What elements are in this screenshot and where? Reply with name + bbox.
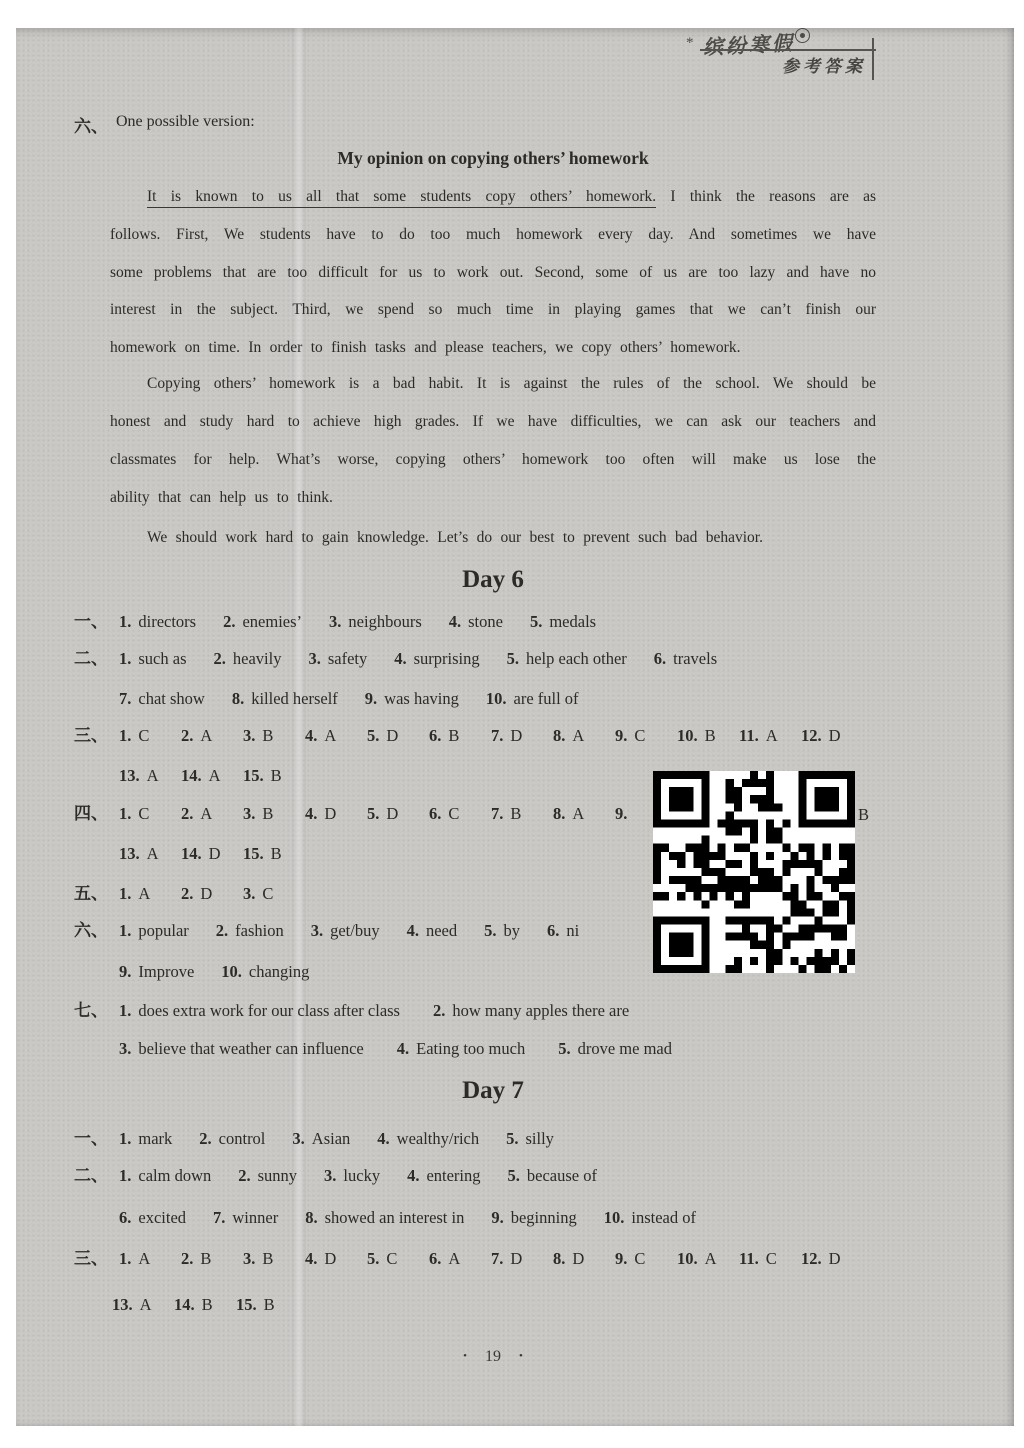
essay-line: ability that can help us to think. — [110, 487, 876, 509]
item-value: D — [829, 726, 841, 745]
item-value: showed an interest in — [325, 1208, 465, 1227]
answer-item: 15.B — [243, 765, 305, 787]
item-value: neighbours — [348, 612, 421, 631]
item-value: does extra work for our class after clas… — [138, 1001, 400, 1020]
essay-line: follows. First, We students have to do t… — [110, 224, 876, 246]
item-number: 9. — [615, 1249, 627, 1268]
answer-item: 1.calm down — [119, 1166, 211, 1185]
answer-item: 10.A — [677, 1248, 739, 1270]
answer-item: 10.changing — [221, 962, 309, 981]
answer-row: 六、1.popular2.fashion3.get/buy4.need5.by6… — [74, 920, 606, 942]
answer-item: 14.A — [181, 765, 243, 787]
essay-line-rest: I think the reasons are as — [656, 188, 876, 205]
answer-item: 3.get/buy — [311, 921, 380, 940]
item-number: 6. — [654, 649, 666, 668]
item-number: 4. — [407, 921, 419, 940]
answer-row: 四、1.C2.A3.B4.D5.D6.C7.B8.A9. — [74, 803, 677, 825]
answer-item: 2.sunny — [238, 1166, 297, 1185]
item-value: Improve — [138, 962, 194, 981]
item-number: 1. — [119, 1249, 131, 1268]
item-number: 3. — [243, 884, 255, 903]
answer-item: 2.B — [181, 1248, 243, 1270]
item-value: how many apples there are — [452, 1001, 629, 1020]
answer-item: 10.instead of — [604, 1208, 696, 1227]
item-value: C — [138, 804, 149, 823]
answer-item: 1.C — [119, 803, 181, 825]
item-value: killed herself — [251, 689, 338, 708]
answer-item: 1.C — [119, 725, 181, 747]
answer-item: 8.killed herself — [232, 689, 338, 708]
item-number: 14. — [174, 1295, 195, 1314]
item-value: A — [200, 726, 212, 745]
answer-item: 3.B — [243, 1248, 305, 1270]
essay-line: We should work hard to gain knowledge. L… — [110, 527, 876, 549]
answer-item: 3.Asian — [292, 1129, 350, 1148]
item-value: A — [766, 726, 778, 745]
essay-line: classmates for help. What’s worse, copyi… — [110, 449, 876, 471]
item-number: 15. — [243, 766, 264, 785]
answer-item: 6.A — [429, 1248, 491, 1270]
item-number: 10. — [486, 689, 507, 708]
item-number: 2. — [223, 612, 235, 631]
answer-item: 3.lucky — [324, 1166, 380, 1185]
answer-item: 6.excited — [119, 1208, 186, 1227]
item-value: beginning — [511, 1208, 577, 1227]
item-number: 6. — [429, 726, 441, 745]
answer-item: 2.how many apples there are — [433, 1001, 629, 1020]
item-number: 4. — [305, 804, 317, 823]
answer-item: 7.chat show — [119, 689, 205, 708]
item-value: medals — [549, 612, 596, 631]
answer-item: 5.drove me mad — [558, 1039, 672, 1058]
answer-item: 6.ni — [547, 921, 579, 940]
answer-row-continued: 7.chat show8.killed herself9.was having1… — [119, 688, 606, 710]
item-value: A — [572, 804, 584, 823]
item-value: sunny — [258, 1166, 297, 1185]
item-number: 10. — [677, 1249, 698, 1268]
row-label: 六、 — [74, 920, 119, 942]
item-number: 5. — [367, 804, 379, 823]
answer-item: 2.fashion — [216, 921, 284, 940]
item-number: 9. — [615, 804, 627, 823]
item-number: 3. — [119, 1039, 131, 1058]
answer-row-continued: 13.A14.D15.B — [119, 843, 305, 865]
answer-item: 10.B — [677, 725, 739, 747]
item-value: D — [510, 726, 522, 745]
day6-heading: Day 6 — [110, 566, 876, 594]
item-value: entering — [426, 1166, 480, 1185]
item-number: 10. — [221, 962, 242, 981]
answer-row: 二、1.calm down2.sunny3.lucky4.entering5.b… — [74, 1165, 624, 1187]
item-number: 3. — [243, 804, 255, 823]
item-value: because of — [527, 1166, 597, 1185]
item-number: 5. — [507, 649, 519, 668]
answer-item: 9.C — [615, 725, 677, 747]
answer-row: 三、1.C2.A3.B4.A5.D6.B7.D8.A9.C10.B11.A12.… — [74, 725, 863, 747]
answer-item: 4.Eating too much — [397, 1039, 525, 1058]
item-value: C — [138, 726, 149, 745]
answer-item: 1.such as — [119, 649, 187, 668]
answer-item: 8.D — [553, 1248, 615, 1270]
item-value: B — [264, 1295, 275, 1314]
item-number: 5. — [530, 612, 542, 631]
item-number: 10. — [677, 726, 698, 745]
answer-item: 2.A — [181, 803, 243, 825]
answer-item: 8.showed an interest in — [305, 1208, 464, 1227]
answer-item: 1.mark — [119, 1129, 172, 1148]
row-label: 五、 — [74, 883, 119, 905]
qr-code — [653, 771, 855, 973]
row-label: 三、 — [74, 1248, 119, 1270]
item-number: 3. — [329, 612, 341, 631]
item-number: 4. — [449, 612, 461, 631]
item-number: 7. — [491, 804, 503, 823]
answer-item: 9.beginning — [491, 1208, 576, 1227]
item-value: A — [324, 726, 336, 745]
item-value: A — [138, 884, 150, 903]
item-value: mark — [138, 1129, 172, 1148]
answer-item: 4.A — [305, 725, 367, 747]
item-value: D — [324, 804, 336, 823]
answer-item: 15.B — [243, 843, 305, 865]
item-number: 1. — [119, 804, 131, 823]
item-value: directors — [138, 612, 196, 631]
answer-item: 5.C — [367, 1248, 429, 1270]
item-value: silly — [526, 1129, 554, 1148]
answer-item: 7.D — [491, 725, 553, 747]
answer-item: 3.safety — [308, 649, 367, 668]
answer-row-continued: 9.Improve10.changing — [119, 961, 336, 983]
item-number: 8. — [553, 726, 565, 745]
answer-item: 4.surprising — [394, 649, 479, 668]
item-value: A — [147, 766, 159, 785]
item-value: control — [219, 1129, 266, 1148]
answer-item: 7.winner — [213, 1208, 278, 1227]
essay-line: some problems that are too difficult for… — [110, 262, 876, 284]
item-number: 6. — [429, 804, 441, 823]
answer-item: 5.silly — [506, 1129, 554, 1148]
item-value: heavily — [233, 649, 282, 668]
answer-item: 5.help each other — [507, 649, 627, 668]
answer-item: 12.D — [801, 725, 863, 747]
item-number: 4. — [394, 649, 406, 668]
item-value: safety — [328, 649, 367, 668]
answer-item: 2.D — [181, 883, 243, 905]
answer-row-continued: 6.excited7.winner8.showed an interest in… — [119, 1207, 723, 1229]
item-number: 4. — [305, 1249, 317, 1268]
row-label: 二、 — [74, 1165, 119, 1187]
stamp-vertical-line — [872, 38, 874, 80]
answer-item: 14.D — [181, 843, 243, 865]
item-number: 1. — [119, 612, 131, 631]
answer-item: 2.enemies’ — [223, 612, 302, 631]
answer-item: 15.B — [236, 1294, 298, 1316]
row-label: 四、 — [74, 803, 119, 825]
item-value: by — [504, 921, 521, 940]
item-value: ni — [566, 921, 579, 940]
answer-item: 1.A — [119, 1248, 181, 1270]
answer-item: 7.D — [491, 1248, 553, 1270]
item-value: help each other — [526, 649, 627, 668]
answer-item: 3.B — [243, 725, 305, 747]
item-value: fashion — [235, 921, 284, 940]
answer-item: 2.A — [181, 725, 243, 747]
page-number-dot: • — [519, 1350, 523, 1362]
answer-item: 7.B — [491, 803, 553, 825]
essay-line: Copying others’ homework is a bad habit.… — [110, 373, 876, 395]
item-value: surprising — [414, 649, 480, 668]
item-number: 1. — [119, 649, 131, 668]
item-value: drove me mad — [578, 1039, 672, 1058]
item-number: 14. — [181, 766, 202, 785]
item-number: 2. — [181, 804, 193, 823]
item-number: 8. — [232, 689, 244, 708]
answer-item: 3.C — [243, 883, 305, 905]
item-value: B — [271, 766, 282, 785]
item-number: 1. — [119, 1001, 131, 1020]
item-number: 8. — [553, 1249, 565, 1268]
item-number: 13. — [112, 1295, 133, 1314]
item-value: winner — [232, 1208, 278, 1227]
item-value: travels — [673, 649, 717, 668]
item-value: are full of — [514, 689, 579, 708]
item-number: 2. — [216, 921, 228, 940]
answer-item: 4.D — [305, 1248, 367, 1270]
page-number-dot: • — [463, 1350, 467, 1362]
item-value: D — [386, 726, 398, 745]
answer-item: 2.heavily — [214, 649, 282, 668]
answer-row: 二、1.such as2.heavily3.safety4.surprising… — [74, 648, 744, 670]
item-value: D — [510, 1249, 522, 1268]
item-value: D — [209, 844, 221, 863]
answer-row: 一、1.directors2.enemies’3.neighbours4.sto… — [74, 611, 623, 633]
item-value: C — [634, 1249, 645, 1268]
essay-title: My opinion on copying others’ homework — [110, 148, 876, 169]
item-value: B — [262, 804, 273, 823]
answer-item: 11.C — [739, 1248, 801, 1270]
essay-section-label: 六、 — [74, 112, 108, 137]
item-number: 3. — [243, 726, 255, 745]
item-value: Eating too much — [416, 1039, 525, 1058]
answer-item: 6.B — [429, 725, 491, 747]
item-number: 5. — [508, 1166, 520, 1185]
item-number: 1. — [119, 884, 131, 903]
item-number: 4. — [397, 1039, 409, 1058]
answer-item: 13.A — [119, 843, 181, 865]
row-label: 一、 — [74, 1128, 119, 1150]
item-number: 10. — [604, 1208, 625, 1227]
item-number: 15. — [243, 844, 264, 863]
item-value: B — [271, 844, 282, 863]
answer-row-continued: 3.believe that weather can influence4.Ea… — [119, 1038, 705, 1060]
page-number-value: 19 — [485, 1348, 501, 1365]
item-value: wealthy/rich — [397, 1129, 479, 1148]
item-value: D — [324, 1249, 336, 1268]
answer-row-continued: 13.A14.B15.B — [112, 1294, 298, 1316]
item-value: A — [147, 844, 159, 863]
answer-item: 11.A — [739, 725, 801, 747]
answer-item: 12.D — [801, 1248, 863, 1270]
item-value: calm down — [138, 1166, 211, 1185]
item-value: C — [448, 804, 459, 823]
item-number: 11. — [739, 726, 759, 745]
item-value: A — [209, 766, 221, 785]
item-value: D — [572, 1249, 584, 1268]
item-value: B — [202, 1295, 213, 1314]
answer-item: 9.was having — [365, 689, 459, 708]
scanned-answer-page: * 缤纷寒假 参考答案 六、 One possible version: My … — [16, 28, 1014, 1426]
answer-item: 4.stone — [449, 612, 503, 631]
item-number: 2. — [181, 1249, 193, 1268]
answer-item: 4.wealthy/rich — [377, 1129, 479, 1148]
answer-item: 1.directors — [119, 612, 196, 631]
row-label: 三、 — [74, 725, 119, 747]
row-label: 二、 — [74, 648, 119, 670]
item-value: C — [766, 1249, 777, 1268]
essay-line: interest in the subject. Third, we spend… — [110, 299, 876, 321]
day7-heading: Day 7 — [110, 1077, 876, 1105]
answer-item: 8.A — [553, 725, 615, 747]
item-value: instead of — [631, 1208, 696, 1227]
item-number: 2. — [181, 726, 193, 745]
answer-item: 3.B — [243, 803, 305, 825]
item-number: 5. — [367, 1249, 379, 1268]
item-value: A — [448, 1249, 460, 1268]
answer-item: 4.need — [407, 921, 458, 940]
answer-item: 4.entering — [407, 1166, 480, 1185]
row-label: 一、 — [74, 611, 119, 633]
item-number: 8. — [305, 1208, 317, 1227]
item-number: 3. — [243, 1249, 255, 1268]
item-value: stone — [468, 612, 503, 631]
answer-item: 10.are full of — [486, 689, 579, 708]
item-number: 11. — [739, 1249, 759, 1268]
answer-item: 9.C — [615, 1248, 677, 1270]
stamp-circle-icon — [795, 28, 811, 44]
item-value: popular — [138, 921, 188, 940]
stamp-underline — [700, 49, 876, 51]
answer-fragment: B — [858, 805, 869, 825]
answer-item: 3.believe that weather can influence — [119, 1039, 364, 1058]
answer-item: 1.does extra work for our class after cl… — [119, 1001, 400, 1020]
item-value: C — [262, 884, 273, 903]
item-number: 2. — [238, 1166, 250, 1185]
answer-item: 1.A — [119, 883, 181, 905]
answer-key-title: 参考答案 — [782, 52, 866, 77]
item-number: 5. — [484, 921, 496, 940]
item-number: 12. — [801, 726, 822, 745]
answer-row: 五、1.A2.D3.C — [74, 883, 305, 905]
item-value: B — [200, 1249, 211, 1268]
item-value: such as — [138, 649, 186, 668]
item-number: 2. — [181, 884, 193, 903]
answer-item: 8.A — [553, 803, 615, 825]
item-value: D — [200, 884, 212, 903]
item-value: D — [386, 804, 398, 823]
item-value: B — [510, 804, 521, 823]
answer-row: 七、1.does extra work for our class after … — [74, 1000, 662, 1022]
answer-item: 5.D — [367, 803, 429, 825]
item-value: C — [386, 1249, 397, 1268]
answer-item: 3.neighbours — [329, 612, 422, 631]
essay-intro: One possible version: — [116, 113, 255, 131]
item-value: lucky — [343, 1166, 380, 1185]
item-number: 4. — [407, 1166, 419, 1185]
item-number: 6. — [547, 921, 559, 940]
item-number: 13. — [119, 844, 140, 863]
item-value: changing — [249, 962, 309, 981]
answer-item: 6.C — [429, 803, 491, 825]
item-value: was having — [384, 689, 459, 708]
item-value: C — [634, 726, 645, 745]
stamp-dot-icon: * — [686, 35, 694, 52]
item-value: B — [262, 726, 273, 745]
item-number: 14. — [181, 844, 202, 863]
item-number: 2. — [199, 1129, 211, 1148]
item-number: 1. — [119, 921, 131, 940]
item-number: 1. — [119, 1129, 131, 1148]
item-value: need — [426, 921, 457, 940]
item-value: get/buy — [330, 921, 380, 940]
answer-item: 5.because of — [508, 1166, 597, 1185]
item-number: 5. — [558, 1039, 570, 1058]
answer-item: 5.D — [367, 725, 429, 747]
item-number: 1. — [119, 726, 131, 745]
item-number: 4. — [377, 1129, 389, 1148]
item-value: believe that weather can influence — [138, 1039, 363, 1058]
item-number: 7. — [491, 726, 503, 745]
item-value: excited — [138, 1208, 186, 1227]
item-number: 9. — [365, 689, 377, 708]
item-number: 3. — [311, 921, 323, 940]
item-value: chat show — [138, 689, 204, 708]
item-number: 9. — [119, 962, 131, 981]
essay-line: It is known to us all that some students… — [110, 186, 876, 208]
item-number: 2. — [214, 649, 226, 668]
item-number: 7. — [119, 689, 131, 708]
item-number: 13. — [119, 766, 140, 785]
page-number: •19• — [110, 1348, 876, 1366]
item-value: A — [138, 1249, 150, 1268]
item-number: 6. — [119, 1208, 131, 1227]
answer-row: 一、1.mark2.control3.Asian4.wealthy/rich5.… — [74, 1128, 581, 1150]
item-value: Asian — [312, 1129, 351, 1148]
answer-item: 6.travels — [654, 649, 717, 668]
item-number: 1. — [119, 1166, 131, 1185]
item-number: 2. — [433, 1001, 445, 1020]
answer-item: 14.B — [174, 1294, 236, 1316]
item-number: 8. — [553, 804, 565, 823]
item-number: 4. — [305, 726, 317, 745]
row-label: 七、 — [74, 1000, 119, 1022]
answer-row: 三、1.A2.B3.B4.D5.C6.A7.D8.D9.C10.A11.C12.… — [74, 1248, 863, 1270]
underlined-sentence: It is known to us all that some students… — [147, 188, 656, 208]
item-value: A — [140, 1295, 152, 1314]
answer-item: 2.control — [199, 1129, 265, 1148]
item-number: 15. — [236, 1295, 257, 1314]
item-value: A — [200, 804, 212, 823]
item-number: 12. — [801, 1249, 822, 1268]
item-number: 5. — [506, 1129, 518, 1148]
item-value: D — [829, 1249, 841, 1268]
essay-line: honest and study hard to achieve high gr… — [110, 411, 876, 433]
answer-row-continued: 13.A14.A15.B — [119, 765, 305, 787]
answer-item: 5.medals — [530, 612, 596, 631]
item-value: B — [262, 1249, 273, 1268]
answer-item: 13.A — [119, 765, 181, 787]
item-number: 3. — [308, 649, 320, 668]
item-value: A — [705, 1249, 717, 1268]
